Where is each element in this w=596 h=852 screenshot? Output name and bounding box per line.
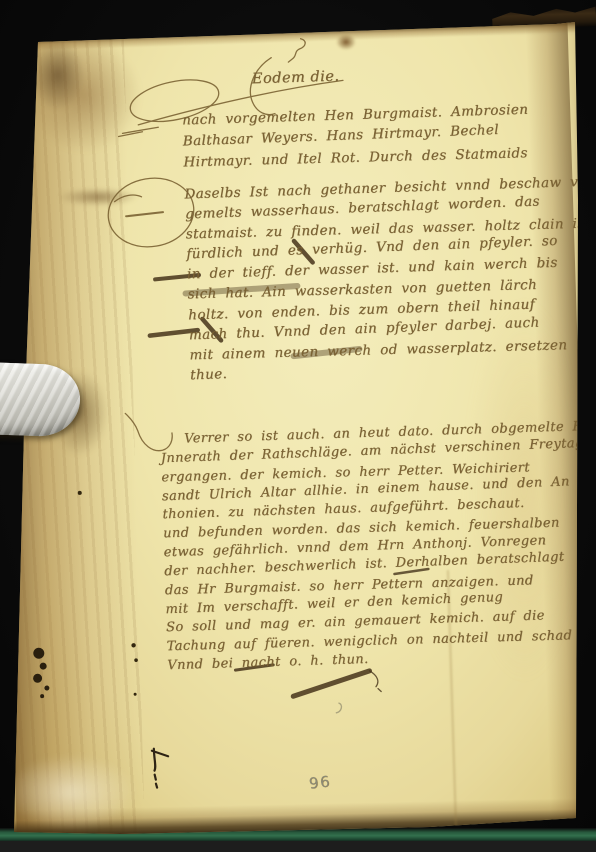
reference-mark	[152, 748, 169, 787]
initial-flourish-d-curl	[114, 195, 141, 202]
manuscript-page: Eodem die. nach vorgemelten Hen Burgmais…	[0, 0, 596, 852]
paragraph-1: nach vorgemelten Hen Burgmaist. Ambrosie…	[182, 100, 530, 174]
page-number: 96	[308, 772, 332, 792]
paragraph-3: Verrer so ist auch. an heut dato. durch …	[160, 418, 596, 677]
heading-mark-flourish	[288, 39, 306, 63]
ink-blot-cluster	[32, 647, 50, 698]
archival-photo: Eodem die. nach vorgemelten Hen Burgmais…	[0, 0, 596, 852]
closing-flourish-tail	[370, 671, 382, 692]
paragraph-2: Daselbs Ist nach gethaner besicht vnnd b…	[184, 171, 596, 385]
initial-flourish-d-bar	[126, 212, 163, 216]
heading-text: Eodem die.	[252, 69, 340, 88]
ink-specks	[78, 489, 139, 697]
pencil-squiggle	[335, 703, 341, 713]
closing-flourish	[293, 671, 371, 696]
paragraph1-dash	[118, 127, 158, 136]
photo-background	[0, 841, 596, 852]
